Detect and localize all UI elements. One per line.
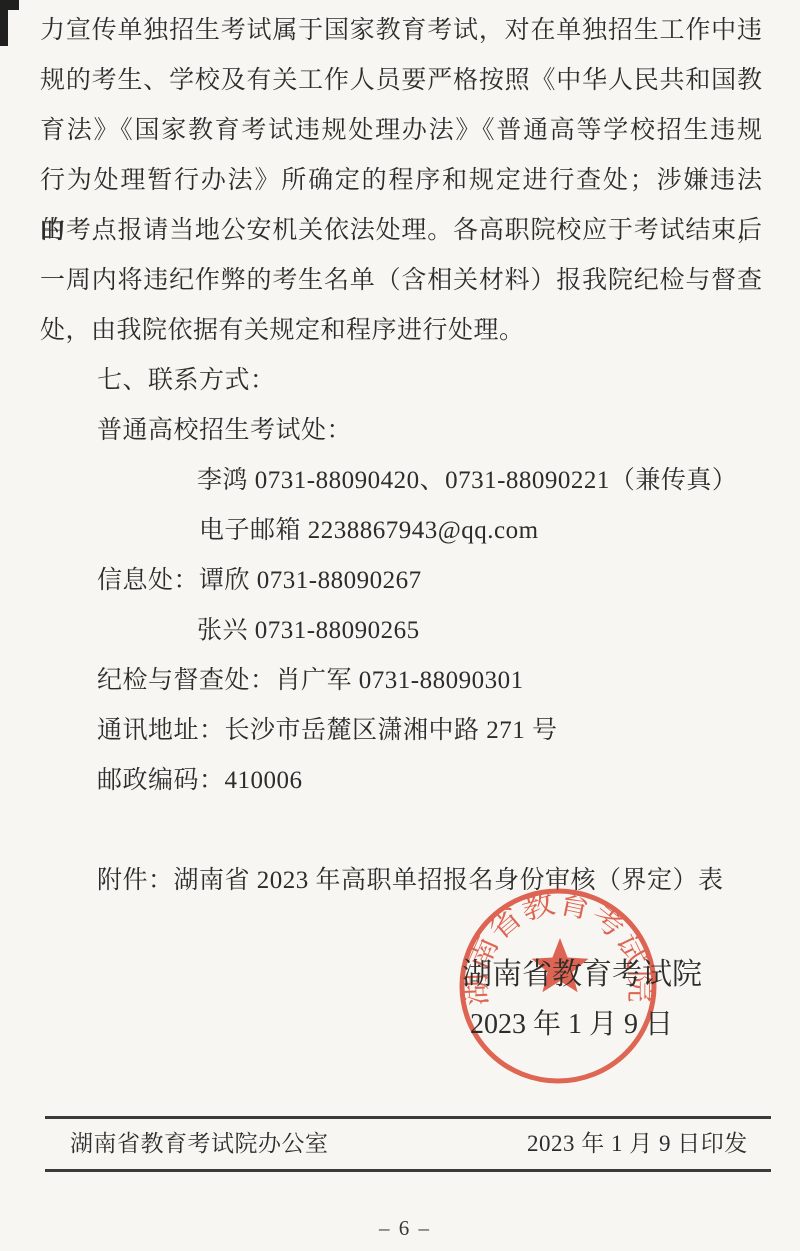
contact-email-line: 电子邮箱 2238867943@qq.com — [199, 506, 539, 556]
scan-artifact-corner-nub — [0, 0, 19, 10]
footer-rule-top — [45, 1116, 771, 1119]
contact-line: 李鸿 0731-88090420、0731-88090221（兼传真） — [197, 456, 737, 506]
body-line: 力宣传单独招生考试属于国家教育考试，对在单独招生工作中违 — [40, 6, 762, 56]
contact-postcode-line: 邮政编码：410006 — [97, 756, 303, 806]
contact-section-heading: 七、联系方式： — [97, 356, 276, 406]
signature-organization: 湖南省教育考试院 — [462, 950, 702, 1000]
body-line: 一周内将违纪作弊的考生名单（含相关材料）报我院纪检与督查 — [40, 256, 762, 306]
contact-address-line: 通讯地址：长沙市岳麓区潇湘中路 271 号 — [97, 706, 558, 756]
body-line: 规的考生、学校及有关工作人员要严格按照《中华人民共和国教 — [40, 56, 762, 106]
footer-rule-bottom — [45, 1169, 771, 1172]
document-page: 力宣传单独招生考试属于国家教育考试，对在单独招生工作中违 规的考生、学校及有关工… — [0, 0, 800, 1251]
body-line: 育法》《国家教育考试违规处理办法》《普通高等学校招生违规 — [40, 106, 762, 156]
page-number: – 6 – — [0, 1216, 800, 1241]
footer-print-date: 2023 年 1 月 9 日印发 — [527, 1128, 748, 1160]
contact-line: 纪检与督查处：肖广军 0731-88090301 — [97, 656, 524, 706]
signature-date: 2023 年 1 月 9 日 — [470, 1000, 673, 1050]
body-line: 处，由我院依据有关规定和程序进行处理。 — [40, 306, 525, 356]
contact-line: 张兴 0731-88090265 — [197, 606, 420, 656]
body-line: 行为处理暂行办法》所确定的程序和规定进行查处；涉嫌违法的， — [40, 156, 762, 206]
contact-line: 信息处：谭欣 0731-88090267 — [97, 556, 422, 606]
body-line: 由考点报请当地公安机关依法处理。各高职院校应于考试结束后 — [40, 206, 762, 256]
footer-office: 湖南省教育考试院办公室 — [70, 1128, 329, 1160]
contact-line: 普通高校招生考试处： — [97, 406, 352, 456]
